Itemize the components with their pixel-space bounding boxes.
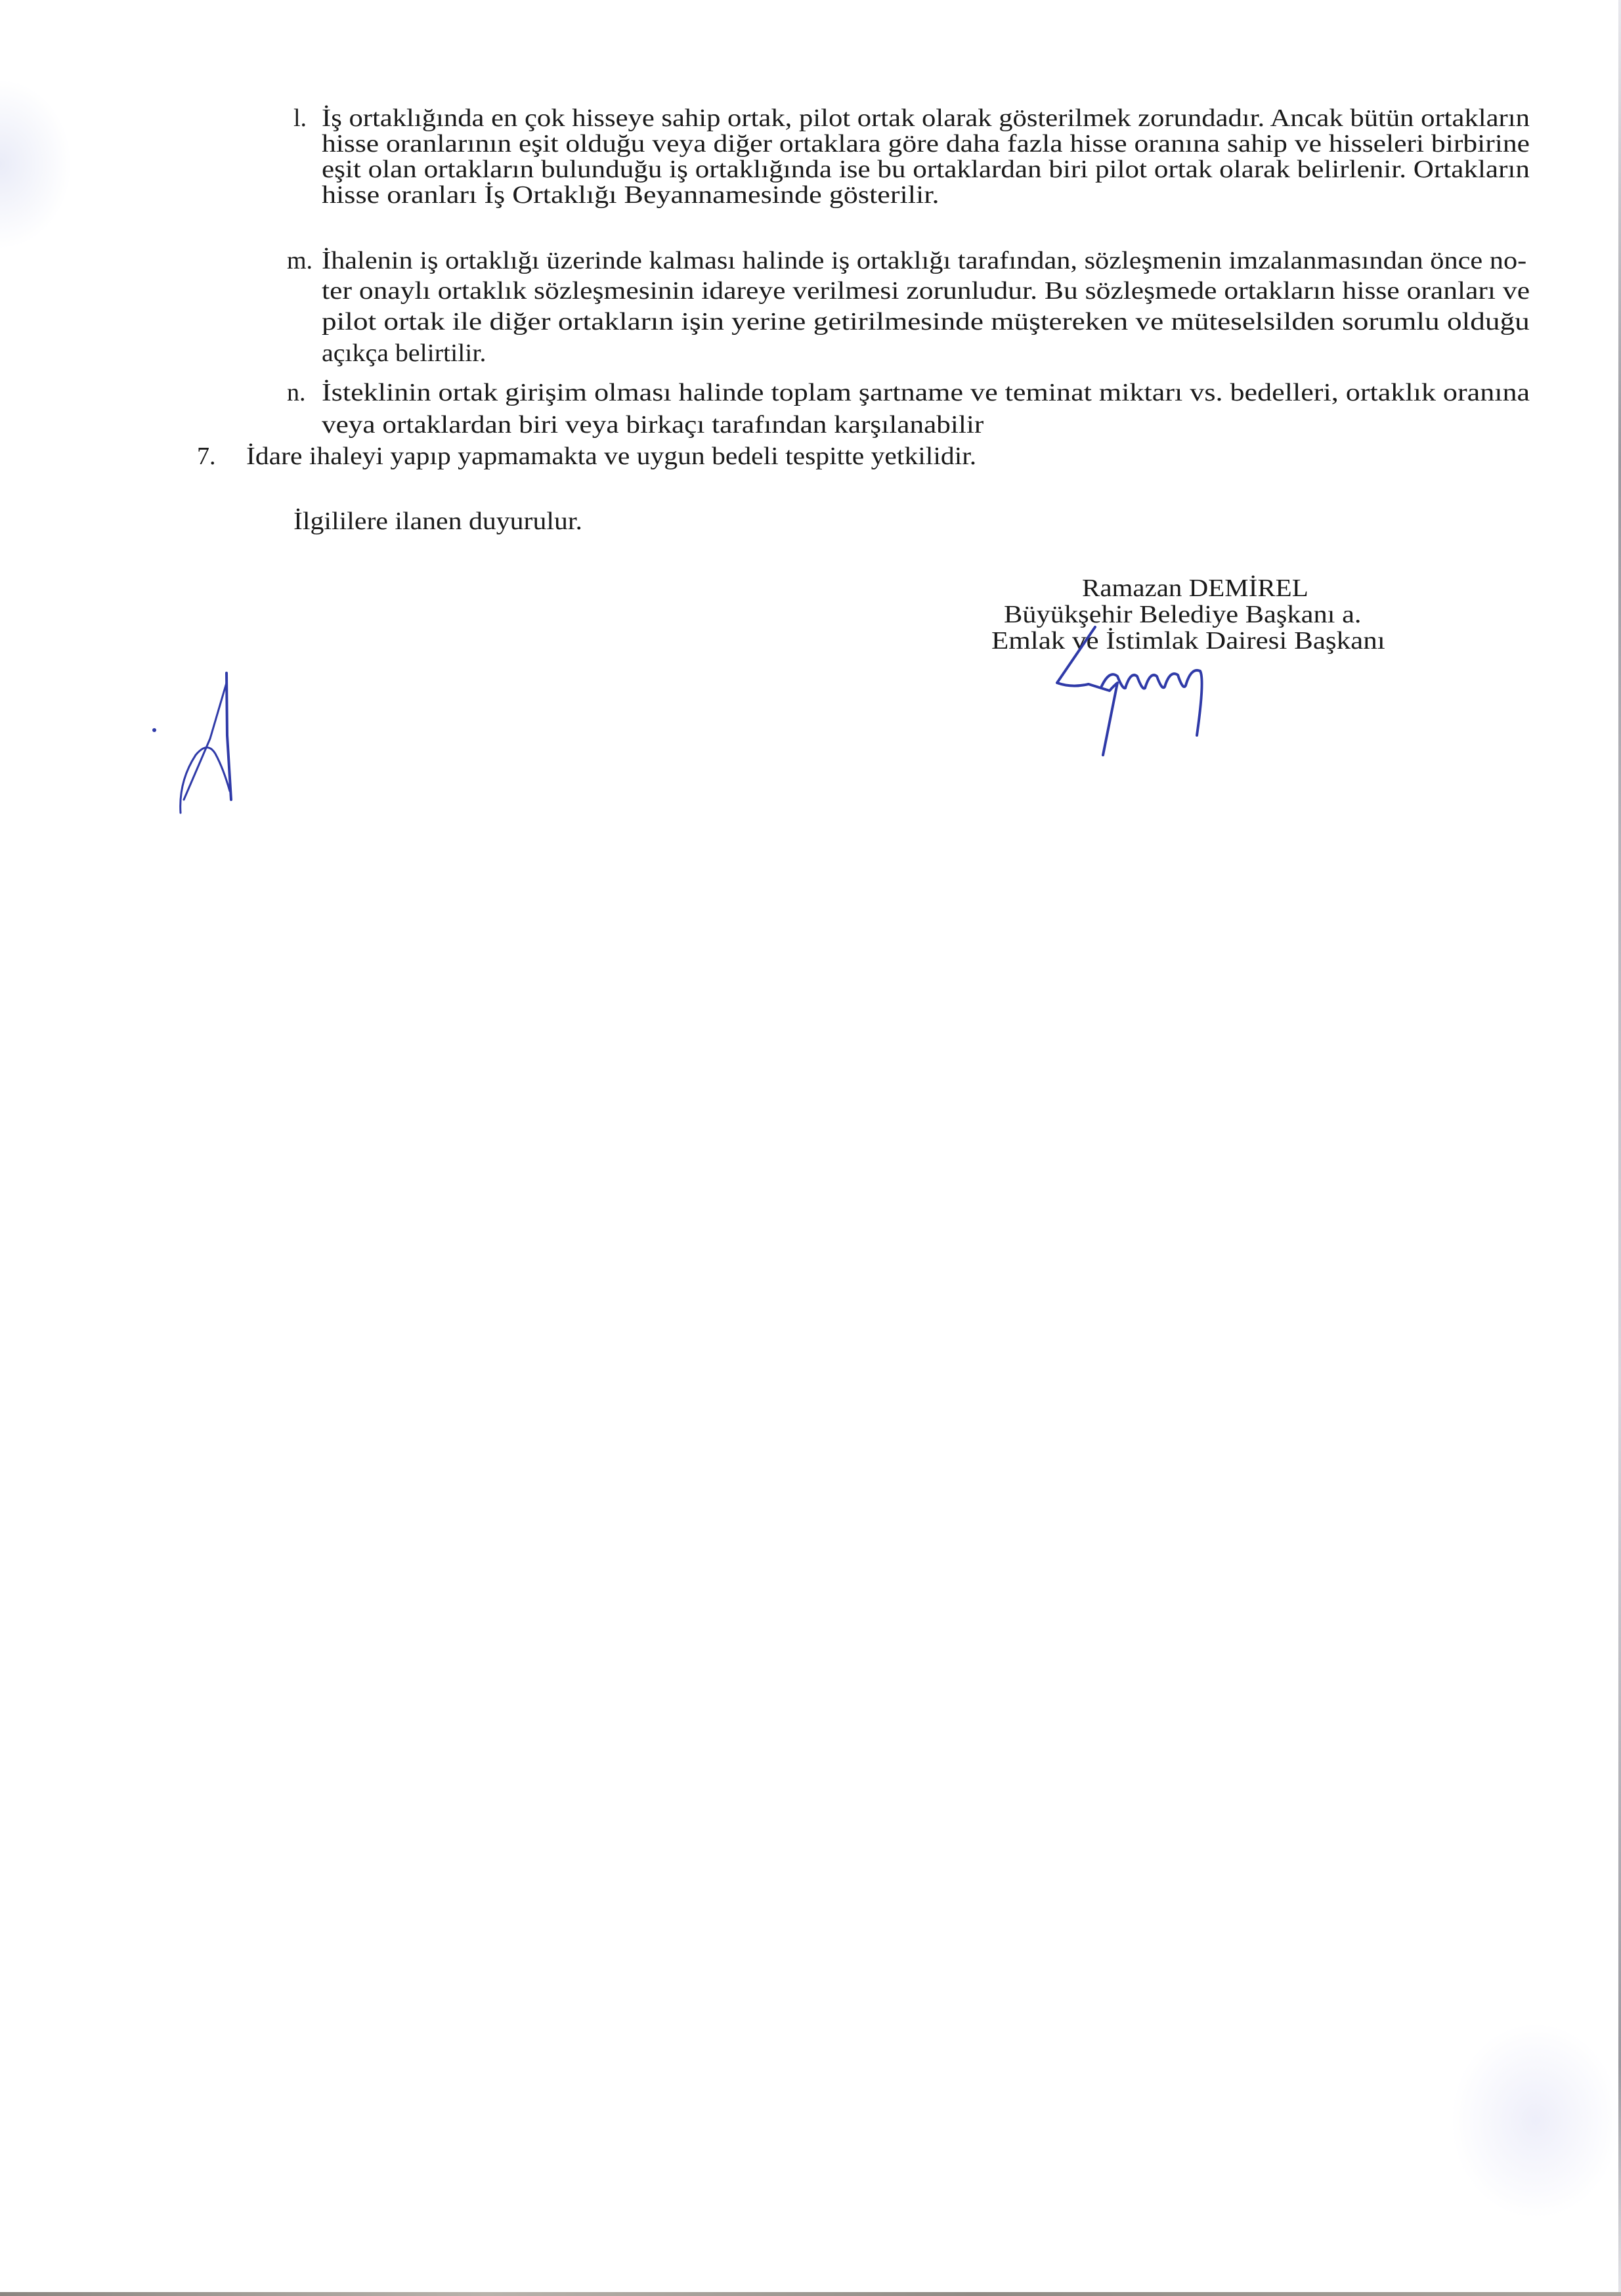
paragraph-line: hisse oranları İş Ortaklığı Beyannamesin… <box>322 182 940 208</box>
list-marker: 7. <box>197 443 216 469</box>
list-marker: l. <box>293 105 307 131</box>
paragraph-line: veya ortaklardan biri veya birkaçı taraf… <box>322 412 983 438</box>
scan-edge <box>0 2292 1621 2296</box>
paragraph-line: İhalenin iş ortaklığı üzerinde kalması h… <box>322 248 1526 274</box>
scan-edge <box>1618 0 1621 2296</box>
paragraph-line: ter onaylı ortaklık sözleşmesinin idarey… <box>322 278 1530 304</box>
scan-shadow <box>1450 2022 1621 2219</box>
paragraph-line: İsteklinin ortak girişim olması halinde … <box>322 379 1530 406</box>
closing-statement: İlgililere ilanen duyurulur. <box>293 508 582 534</box>
scan-shadow <box>0 79 72 249</box>
document-page: l. İş ortaklığında en çok hisseye sahip … <box>0 0 1621 2296</box>
paragraph-line: pilot ortak ile diğer ortakların işin ye… <box>322 309 1530 335</box>
paragraph-line: hisse oranlarının eşit olduğu veya diğer… <box>322 131 1530 157</box>
paragraph-line: açıkça belirtilir. <box>322 340 486 366</box>
paragraph-line: İdare ihaleyi yapıp yapmamakta ve uygun … <box>246 443 976 469</box>
handwritten-initial-icon <box>118 657 282 840</box>
paragraph-line: eşit olan ortakların bulunduğu iş ortakl… <box>322 156 1530 183</box>
paragraph-line: İş ortaklığında en çok hisseye sahip ort… <box>322 105 1530 131</box>
list-marker: m. <box>287 248 313 274</box>
handwritten-signature-icon <box>972 519 1431 768</box>
list-marker: n. <box>287 379 306 406</box>
